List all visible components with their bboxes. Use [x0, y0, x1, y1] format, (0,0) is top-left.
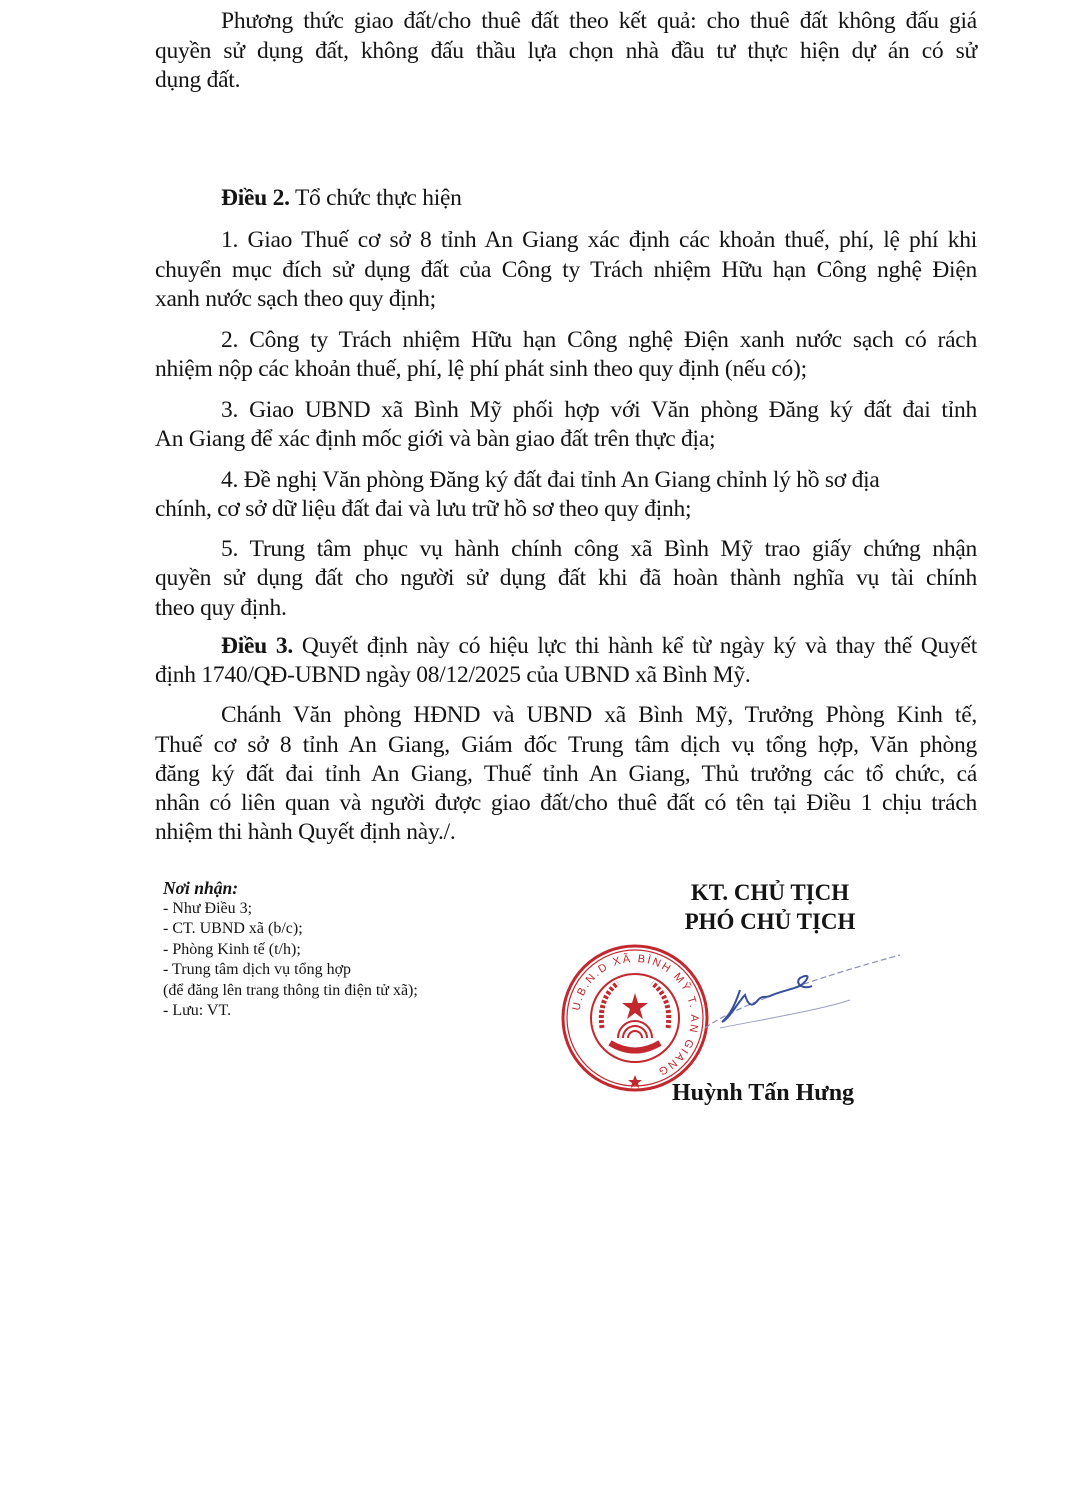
execution-line-1: Chánh Văn phòng HĐND và UBND xã Bình Mỹ,…	[155, 701, 977, 731]
article-3-text: Quyết định này có hiệu lực thi hành kể t…	[293, 633, 977, 659]
article-3-line-2: định 1740/QĐ-UBND ngày 08/12/2025 của UB…	[155, 661, 977, 691]
recipient-item: (để đăng lên trang thông tin điện tử xã)…	[163, 981, 523, 1002]
article-2-item-1-line-2: chuyển mục đích sử dụng đất của Công ty …	[155, 256, 977, 286]
recipient-item: - Phòng Kinh tế (t/h);	[163, 940, 523, 961]
execution-line-4: nhân có liên quan và người được giao đất…	[155, 789, 977, 819]
recipients-title: Nơi nhận:	[163, 878, 523, 899]
method-line-1: Phương thức giao đất/cho thuê đất theo k…	[155, 7, 977, 37]
method-line-2: quyền sử dụng đất, không đấu thầu lựa ch…	[155, 37, 977, 67]
article-3-line-1: Điều 3. Quyết định này có hiệu lực thi h…	[155, 632, 977, 662]
recipients-block: Nơi nhận: - Như Điều 3; - CT. UBND xã (b…	[163, 878, 523, 1022]
article-2-item-2-line-2: nhiệm nộp các khoản thuế, phí, lệ phí ph…	[155, 355, 977, 385]
recipient-item: - Lưu: VT.	[163, 1001, 523, 1022]
signature-title-line-2: PHÓ CHỦ TỊCH	[640, 907, 900, 936]
execution-line-5: nhiệm thi hành Quyết định này./.	[155, 818, 977, 848]
handwritten-signature-icon	[700, 950, 910, 1040]
article-2-item-2-line-1: 2. Công ty Trách nhiệm Hữu hạn Công nghệ…	[155, 326, 977, 356]
article-2-title: Tổ chức thực hiện	[290, 185, 462, 211]
article-2-item-4-line-1: 4. Đề nghị Văn phòng Đăng ký đất đai tỉn…	[155, 466, 977, 496]
method-line-3: dụng đất.	[155, 66, 977, 96]
article-3-label: Điều 3.	[221, 633, 293, 659]
document-page: Phương thức giao đất/cho thuê đất theo k…	[0, 0, 1080, 1501]
article-2-item-5-line-2: quyền sử dụng đất cho người sử dụng đất …	[155, 564, 977, 594]
article-2-label: Điều 2.	[221, 185, 290, 211]
svg-text:U.B.N.D XÃ BÌNH MỸ T. AN GIANG: U.B.N.D XÃ BÌNH MỸ T. AN GIANG	[570, 952, 700, 1078]
execution-line-2: Thuế cơ sở 8 tỉnh An Giang, Giám đốc Tru…	[155, 731, 977, 761]
article-2-item-3-line-2: An Giang để xác định mốc giới và bàn gia…	[155, 425, 977, 455]
official-seal-icon: U.B.N.D XÃ BÌNH MỸ T. AN GIANG	[560, 943, 710, 1093]
recipient-item: - CT. UBND xã (b/c);	[163, 919, 523, 940]
article-2-item-3-line-1: 3. Giao UBND xã Bình Mỹ phối hợp với Văn…	[155, 396, 977, 426]
signer-name: Huỳnh Tấn Hưng	[672, 1080, 854, 1107]
article-2-item-5-line-1: 5. Trung tâm phục vụ hành chính công xã …	[155, 535, 977, 565]
signature-title-block: KT. CHỦ TỊCH PHÓ CHỦ TỊCH	[640, 878, 900, 936]
article-2-item-1-line-1: 1. Giao Thuế cơ sở 8 tỉnh An Giang xác đ…	[155, 226, 977, 256]
signature-title-line-1: KT. CHỦ TỊCH	[640, 878, 900, 907]
article-2-item-5-line-3: theo quy định.	[155, 594, 977, 624]
recipient-item: - Trung tâm dịch vụ tổng hợp	[163, 960, 523, 981]
article-2-item-1-line-3: xanh nước sạch theo quy định;	[155, 285, 977, 315]
article-2-heading: Điều 2. Tổ chức thực hiện	[155, 184, 977, 214]
execution-line-3: đăng ký đất đai tỉnh An Giang, Thuế tỉnh…	[155, 760, 977, 790]
article-2-item-4-line-2: chính, cơ sở dữ liệu đất đai và lưu trữ …	[155, 495, 977, 525]
recipient-item: - Như Điều 3;	[163, 899, 523, 920]
